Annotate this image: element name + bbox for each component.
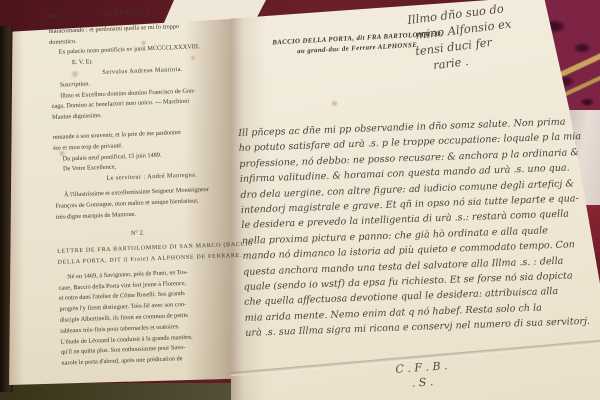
foxing-spot: [330, 100, 339, 107]
printed-line: N° 2.: [56, 226, 218, 243]
page-number: 468: [46, 12, 58, 23]
printed-text-block: 468 APPENDICE. maracomando : et perdonam…: [48, 6, 224, 370]
handwritten-letter: Ill pñceps ac dñe mi pp observandie in d…: [238, 114, 581, 341]
running-head-row: 468 APPENDICE.: [48, 6, 210, 23]
signature-initials: C . F . B . . S .: [395, 358, 449, 392]
handwritten-address: Illmo dño suo do mino Alfonsio ex tensi …: [401, 0, 517, 76]
running-head: APPENDICE.: [103, 8, 155, 21]
antique-book-photo: 468 APPENDICE. maracomando : et perdonam…: [0, 0, 600, 400]
